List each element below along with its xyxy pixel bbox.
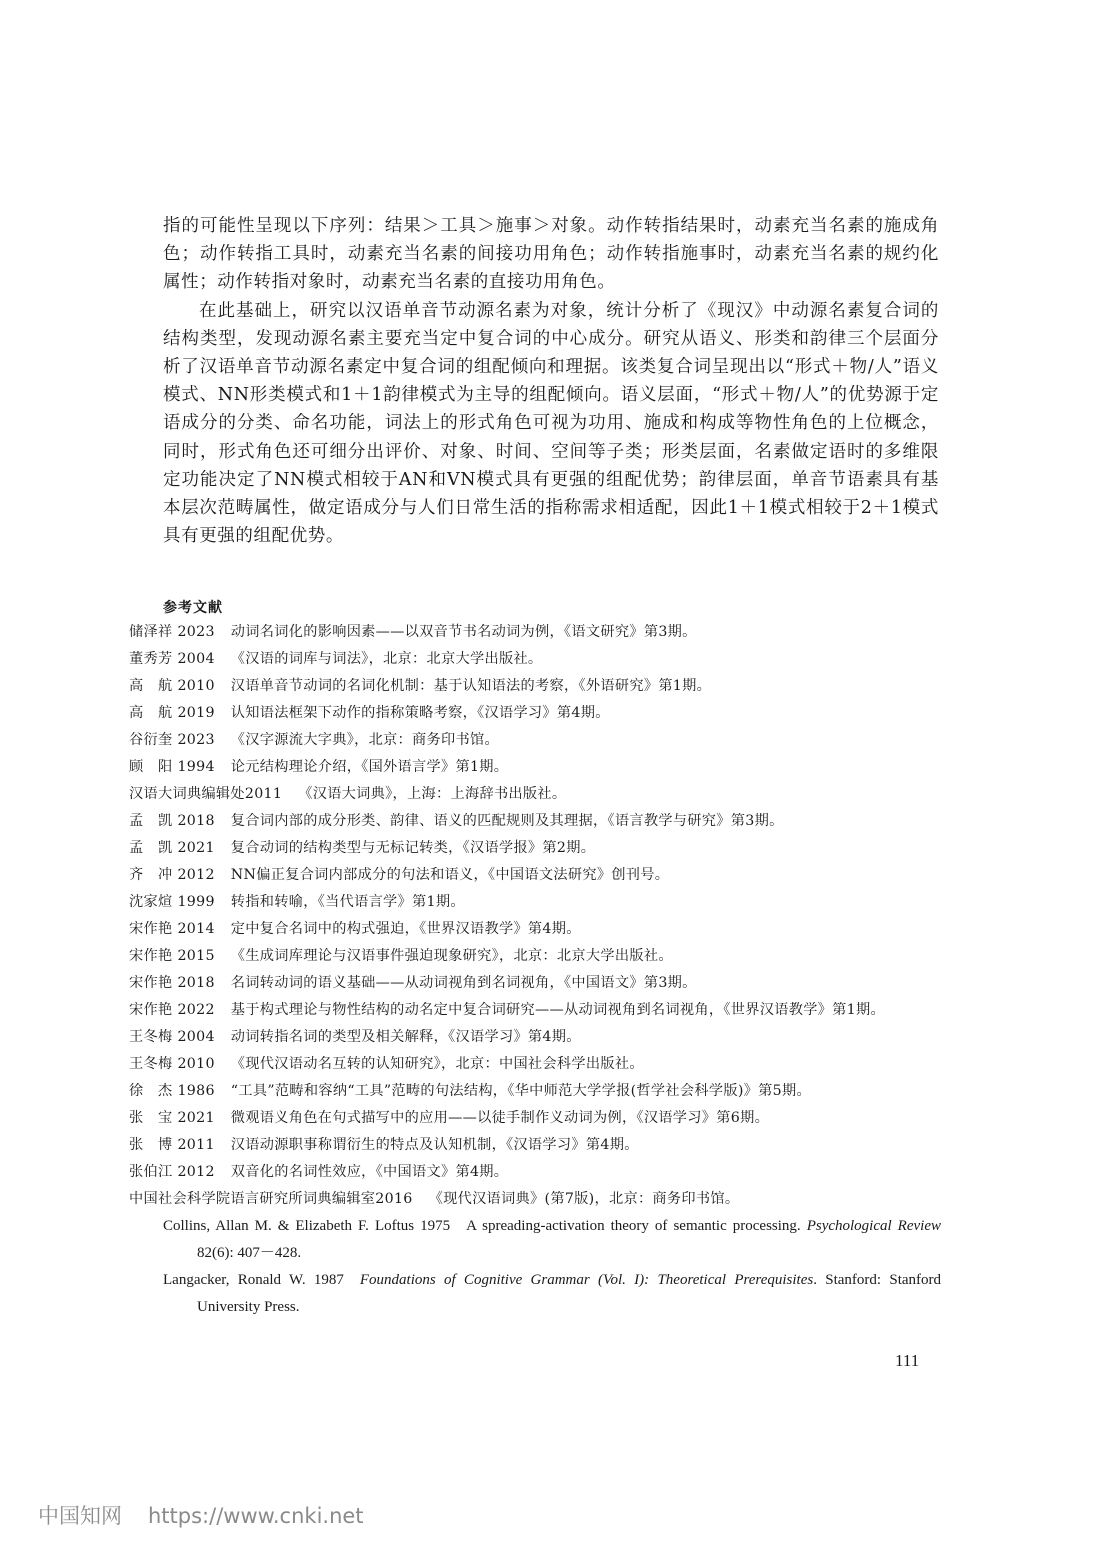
ref-year: 2021 bbox=[177, 1110, 214, 1126]
ref-year: 2004 bbox=[177, 1029, 214, 1045]
ref-year: 2019 bbox=[177, 705, 214, 721]
ref-author: 董秀芳 bbox=[163, 646, 177, 673]
reference-item: 谷衍奎2023《汉字源流大字典》，北京：商务印书馆。 bbox=[163, 727, 941, 754]
ref-text: 《汉语的词库与词法》，北京：北京大学出版社。 bbox=[231, 651, 543, 667]
ref-year: 2022 bbox=[177, 1002, 214, 1018]
paragraph-1: 指的可能性呈现以下序列：结果＞工具＞施事＞对象。动作转指结果时，动素充当名素的施… bbox=[163, 212, 939, 297]
reference-item: 王冬梅2010《现代汉语动名互转的认知研究》，北京：中国社会科学出版社。 bbox=[163, 1051, 941, 1078]
ref-author: 高 航 bbox=[163, 700, 177, 727]
reference-item: 徐 杰1986“工具”范畴和容纳“工具”范畴的句法结构，《华中师范大学学报(哲学… bbox=[163, 1078, 941, 1105]
cnki-brand: 中国知网 bbox=[38, 1504, 122, 1528]
page-number: 111 bbox=[895, 1351, 919, 1371]
references-list: 储泽祥2023动词名词化的影响因素——以双音节书名动词为例，《语文研究》第3期。… bbox=[163, 619, 941, 1321]
reference-item: 沈家煊1999转指和转喻，《当代语言学》第1期。 bbox=[163, 889, 941, 916]
ref-year: 2023 bbox=[177, 624, 214, 640]
ref-year: 2004 bbox=[177, 651, 214, 667]
reference-item: 齐 冲2012NN偏正复合词内部成分的句法和语义，《中国语文法研究》创刊号。 bbox=[163, 862, 941, 889]
ref-year: 1987 bbox=[314, 1272, 344, 1288]
ref-text: 双音化的名词性效应，《中国语文》第4期。 bbox=[231, 1164, 509, 1180]
cnki-url[interactable]: https://www.cnki.net bbox=[148, 1504, 364, 1528]
ref-text: NN偏正复合词内部成分的句法和语义，《中国语文法研究》创刊号。 bbox=[231, 867, 669, 883]
ref-author: 齐 冲 bbox=[163, 862, 177, 889]
ref-text: 基于构式理论与物性结构的动名定中复合词研究——从动词视角到名词视角，《世界汉语教… bbox=[231, 1002, 885, 1018]
ref-year: 2012 bbox=[177, 1164, 214, 1180]
ref-text: 汉语单音节动词的名词化机制：基于认知语法的考察，《外语研究》第1期。 bbox=[231, 678, 711, 694]
ref-text: 《现代汉语词典》(第7版)，北京：商务印书馆。 bbox=[429, 1191, 740, 1207]
ref-details: 82(6): 407－428. bbox=[197, 1245, 301, 1261]
ref-year: 2012 bbox=[177, 867, 214, 883]
ref-author: 张伯江 bbox=[163, 1159, 177, 1186]
ref-year: 2021 bbox=[177, 840, 214, 856]
ref-year: 2010 bbox=[177, 678, 214, 694]
ref-text: 转指和转喻，《当代语言学》第1期。 bbox=[231, 894, 465, 910]
footer-watermark: 中国知网https://www.cnki.net bbox=[38, 1500, 364, 1530]
ref-year: 1999 bbox=[177, 894, 214, 910]
reference-item: 中国社会科学院语言研究所词典编辑室2016《现代汉语词典》(第7版)，北京：商务… bbox=[163, 1186, 941, 1213]
reference-item-english: Langacker, Ronald W. 1987Foundations of … bbox=[163, 1267, 941, 1321]
ref-journal: Psychological Review bbox=[807, 1218, 941, 1234]
ref-year: 2023 bbox=[177, 732, 214, 748]
reference-item: 顾 阳1994论元结构理论介绍，《国外语言学》第1期。 bbox=[163, 754, 941, 781]
ref-author: 汉语大词典编辑处 bbox=[163, 781, 245, 808]
ref-year: 2015 bbox=[177, 948, 214, 964]
reference-item: 王冬梅2004动词转指名词的类型及相关解释，《汉语学习》第4期。 bbox=[163, 1024, 941, 1051]
ref-year: 1975 bbox=[420, 1218, 450, 1234]
ref-text: 《汉语大词典》，上海：上海辞书出版社。 bbox=[298, 786, 566, 802]
ref-author: 孟 凯 bbox=[163, 835, 177, 862]
reference-item: 储泽祥2023动词名词化的影响因素——以双音节书名动词为例，《语文研究》第3期。 bbox=[163, 619, 941, 646]
ref-author: 王冬梅 bbox=[163, 1024, 177, 1051]
ref-text: 动词转指名词的类型及相关解释，《汉语学习》第4期。 bbox=[231, 1029, 581, 1045]
ref-author: 顾 阳 bbox=[163, 754, 177, 781]
reference-item-english: Collins, Allan M. & Elizabeth F. Loftus … bbox=[163, 1213, 941, 1267]
ref-author: Collins, Allan M. & Elizabeth F. Loftus bbox=[163, 1218, 414, 1234]
ref-author: Langacker, Ronald W. bbox=[163, 1272, 306, 1288]
reference-item: 汉语大词典编辑处2011《汉语大词典》，上海：上海辞书出版社。 bbox=[163, 781, 941, 808]
reference-item: 孟 凯2018复合词内部的成分形类、韵律、语义的匹配规则及其理据，《语言教学与研… bbox=[163, 808, 941, 835]
reference-item: 张 博2011汉语动源职事称谓衍生的特点及认知机制，《汉语学习》第4期。 bbox=[163, 1132, 941, 1159]
ref-author: 宋作艳 bbox=[163, 916, 177, 943]
ref-year: 1994 bbox=[177, 759, 214, 775]
ref-year: 1986 bbox=[177, 1083, 214, 1099]
ref-author: 王冬梅 bbox=[163, 1051, 177, 1078]
ref-text: 论元结构理论介绍，《国外语言学》第1期。 bbox=[231, 759, 509, 775]
ref-year: 2010 bbox=[177, 1056, 214, 1072]
ref-author: 宋作艳 bbox=[163, 970, 177, 997]
reference-item: 张 宝2021微观语义角色在句式描写中的应用——以徒手制作义动词为例，《汉语学习… bbox=[163, 1105, 941, 1132]
ref-author: 张 宝 bbox=[163, 1105, 177, 1132]
ref-author: 中国社会科学院语言研究所词典编辑室 bbox=[163, 1186, 375, 1213]
ref-author: 孟 凯 bbox=[163, 808, 177, 835]
ref-year: 2018 bbox=[177, 813, 214, 829]
ref-author: 谷衍奎 bbox=[163, 727, 177, 754]
ref-text: 复合词内部的成分形类、韵律、语义的匹配规则及其理据，《语言教学与研究》第3期。 bbox=[231, 813, 784, 829]
ref-author: 宋作艳 bbox=[163, 943, 177, 970]
ref-text: 汉语动源职事称谓衍生的特点及认知机制，《汉语学习》第4期。 bbox=[231, 1137, 639, 1153]
ref-title: A spreading-activation theory of semanti… bbox=[466, 1218, 807, 1234]
ref-text: 名词转动词的语义基础——从动词视角到名词视角，《中国语文》第3期。 bbox=[231, 975, 697, 991]
ref-book-title: Foundations of Cognitive Grammar (Vol. I… bbox=[360, 1272, 813, 1288]
ref-author: 沈家煊 bbox=[163, 889, 177, 916]
references-heading: 参考文献 bbox=[163, 597, 223, 617]
paragraph-2: 在此基础上，研究以汉语单音节动源名素为对象，统计分析了《现汉》中动源名素复合词的… bbox=[163, 297, 939, 551]
reference-item: 张伯江2012双音化的名词性效应，《中国语文》第4期。 bbox=[163, 1159, 941, 1186]
ref-text: 复合动词的结构类型与无标记转类，《汉语学报》第2期。 bbox=[231, 840, 595, 856]
ref-author: 高 航 bbox=[163, 673, 177, 700]
ref-text: 《生成词库理论与汉语事件强迫现象研究》，北京：北京大学出版社。 bbox=[231, 948, 673, 964]
ref-author: 宋作艳 bbox=[163, 997, 177, 1024]
ref-year: 2018 bbox=[177, 975, 214, 991]
reference-item: 高 航2010汉语单音节动词的名词化机制：基于认知语法的考察，《外语研究》第1期… bbox=[163, 673, 941, 700]
ref-text: 微观语义角色在句式描写中的应用——以徒手制作义动词为例，《汉语学习》第6期。 bbox=[231, 1110, 769, 1126]
ref-author: 储泽祥 bbox=[163, 619, 177, 646]
ref-text: “工具”范畴和容纳“工具”范畴的句法结构，《华中师范大学学报(哲学社会科学版)》… bbox=[231, 1083, 811, 1099]
reference-item: 宋作艳2014定中复合名词中的构式强迫，《世界汉语教学》第4期。 bbox=[163, 916, 941, 943]
body-text: 指的可能性呈现以下序列：结果＞工具＞施事＞对象。动作转指结果时，动素充当名素的施… bbox=[163, 212, 939, 550]
ref-text: 定中复合名词中的构式强迫，《世界汉语教学》第4期。 bbox=[231, 921, 581, 937]
ref-author: 徐 杰 bbox=[163, 1078, 177, 1105]
ref-text: 《现代汉语动名互转的认知研究》，北京：中国社会科学出版社。 bbox=[231, 1056, 644, 1072]
reference-item: 宋作艳2022基于构式理论与物性结构的动名定中复合词研究——从动词视角到名词视角… bbox=[163, 997, 941, 1024]
reference-item: 宋作艳2015《生成词库理论与汉语事件强迫现象研究》，北京：北京大学出版社。 bbox=[163, 943, 941, 970]
ref-text: 认知语法框架下动作的指称策略考察，《汉语学习》第4期。 bbox=[231, 705, 610, 721]
ref-author: 张 博 bbox=[163, 1132, 177, 1159]
ref-year: 2014 bbox=[177, 921, 214, 937]
ref-text: 动词名词化的影响因素——以双音节书名动词为例，《语文研究》第3期。 bbox=[231, 624, 697, 640]
reference-item: 高 航2019认知语法框架下动作的指称策略考察，《汉语学习》第4期。 bbox=[163, 700, 941, 727]
ref-year: 2011 bbox=[177, 1137, 214, 1153]
ref-text: 《汉字源流大字典》，北京：商务印书馆。 bbox=[231, 732, 499, 748]
reference-item: 宋作艳2018名词转动词的语义基础——从动词视角到名词视角，《中国语文》第3期。 bbox=[163, 970, 941, 997]
reference-item: 董秀芳2004《汉语的词库与词法》，北京：北京大学出版社。 bbox=[163, 646, 941, 673]
ref-year: 2011 bbox=[245, 786, 282, 802]
ref-year: 2016 bbox=[375, 1191, 412, 1207]
reference-item: 孟 凯2021复合动词的结构类型与无标记转类，《汉语学报》第2期。 bbox=[163, 835, 941, 862]
